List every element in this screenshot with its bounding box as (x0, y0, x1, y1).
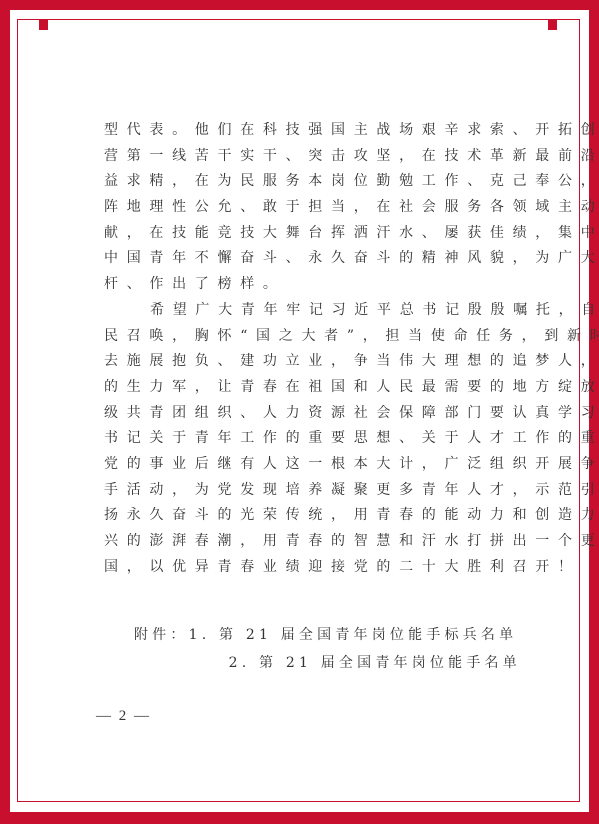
document-body: 型代表。他们在科技强国主战场艰辛求索、开拓创新，在生产经 营第一线苦干实干、突击… (104, 118, 504, 580)
text-line: 型代表。他们在科技强国主战场艰辛求索、开拓创新，在生产经 (104, 118, 504, 144)
text-line: 中国青年不懈奋斗、永久奋斗的精神风貌，为广大青年立起了标 (104, 246, 504, 272)
text-line: 党的事业后继有人这一根本大计，广泛组织开展争当青年岗位能 (104, 452, 504, 478)
text-line: 级共青团组织、人力资源社会保障部门要认真学习贯彻习近平总 (104, 401, 504, 427)
text-line: 书记关于青年工作的重要思想、关于人才工作的重要论述，立足 (104, 426, 504, 452)
text-line: 献，在技能竞技大舞台挥洒汗水、屡获佳绩，集中展现了新时代 (104, 221, 504, 247)
page-number: — 2 — (96, 708, 151, 725)
text-line: 益求精，在为民服务本岗位勤勉工作、克己奉公，在司法执法主 (104, 169, 504, 195)
text-line: 扬永久奋斗的光荣传统，用青春的能动力和创造力激荡起民族复 (104, 503, 504, 529)
text-line: 杆、作出了榜样。 (104, 272, 504, 298)
attachment-item-2: 附件：2. 第 21 届全国青年岗位能手名单 (134, 649, 521, 677)
paragraph-start-line: 希望广大青年牢记习近平总书记殷殷嘱托，自觉听从党和人 (104, 298, 504, 324)
text-line: 兴的澎湃春潮，用青春的智慧和汗水打拼出一个更加美好的中 (104, 529, 504, 555)
text-line: 营第一线苦干实干、突击攻坚，在技术革新最前沿苦练本领、精 (104, 144, 504, 170)
text-line: 的生力军，让青春在祖国和人民最需要的地方绽放绚丽之花。各 (104, 375, 504, 401)
attachments-label: 附件： (134, 627, 189, 643)
text-line: 国，以优异青春业绩迎接党的二十大胜利召开！ (104, 555, 504, 581)
text-line: 阵地理性公允、敢于担当，在社会服务各领域主动作为、无私奉 (104, 195, 504, 221)
text-line: 去施展抱负、建功立业，争当伟大理想的追梦人，争做伟大事业 (104, 349, 504, 375)
corner-tab-right (548, 20, 557, 30)
attachments-list: 附件：1. 第 21 届全国青年岗位能手标兵名单 附件：2. 第 21 届全国青… (134, 621, 521, 677)
attachment-item-1: 附件：1. 第 21 届全国青年岗位能手标兵名单 (134, 621, 521, 649)
text-line: 民召唤，胸怀“国之大者”，担当使命任务，到新时代新天地中 (104, 324, 504, 350)
text-line: 手活动，为党发现培养凝聚更多青年人才，示范引领广大青年发 (104, 478, 504, 504)
corner-tab-left (39, 20, 48, 30)
